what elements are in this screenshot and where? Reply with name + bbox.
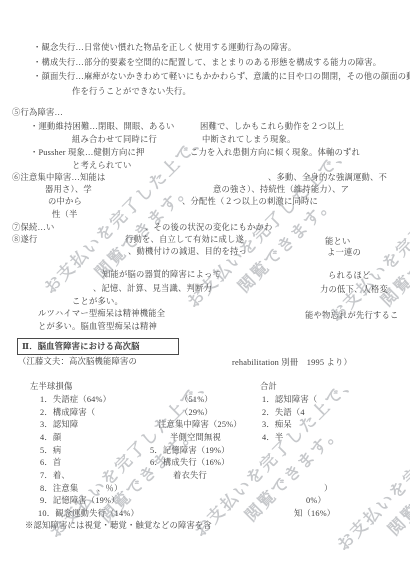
watermark-block: お支払いを完了した上で、 閲覧できます。 [332, 383, 410, 575]
table-row-fragment: 知（16%） [294, 509, 335, 519]
section6-title: ⑥注意集中障害…知能は [12, 173, 105, 183]
doc-line: 性（半 [52, 210, 78, 220]
doc-line: ・運動維持困難…閉眼、開眼、あるい [30, 122, 174, 132]
table-row: 9．記憶障害（19%） [40, 496, 120, 506]
doc-line-fragment: 意の強さ）、持続性（維持能力）、ア [213, 185, 349, 195]
doc-line-fragment: られるほど [328, 271, 371, 281]
table-row: 5．病 [40, 446, 61, 456]
doc-line-fragment: 、記憶、計算、見当識、判断力 [93, 284, 212, 294]
doc-line: 組み合わせて同時に行 [72, 135, 157, 145]
doc-line-fragment: 行動を、自立して有効に成し遂 [125, 235, 244, 245]
table-row: 4．半 [262, 433, 283, 443]
doc-line: とが多い。脳血管型痴呆は精神 [38, 322, 157, 332]
table-row: 3．痴呆 [262, 420, 292, 430]
doc-line: 作を行うことができない失行。 [72, 87, 191, 97]
table-row: 10．観念運動失行（14%） [38, 509, 139, 519]
table-row-fragment: ） [324, 484, 333, 494]
watermark-line1: お支払いを完了した上で、 [332, 383, 410, 557]
table-row: 2．構成障害（ [40, 408, 95, 418]
doc-line-fragment: よ一連の [327, 248, 361, 258]
section7-title: ⑦保続…い [12, 223, 55, 233]
doc-line: の中から [48, 197, 82, 207]
doc-line-fragment: 、多動、全身的な強調運動、不 [268, 173, 387, 183]
scanned-document-page: ・観念失行…日常使い慣れた物品を正しく使用する運動行為の障害。 ・構成失行…部分… [0, 0, 410, 580]
doc-line: ・観念失行…日常使い慣れた物品を正しく使用する運動行為の障害。 [33, 43, 296, 53]
source-citation: （江藤文夫：高次脳機能障害の [18, 357, 137, 367]
section2-heading: Ⅱ．脳血管障害における高次脳 [22, 342, 140, 352]
table-row: 3．認知障 [40, 420, 78, 430]
table-row: 注意集中障害（25%） [158, 420, 242, 430]
column-header-total: 合計 [260, 382, 277, 392]
doc-line-fragment: 能とい [325, 237, 351, 247]
table-row: 6．構成失行（16%） [150, 458, 230, 468]
doc-line: ・Pussher 現象…健側方向に押 [30, 148, 144, 158]
doc-line-fragment: 、分配性（２つ以上の刺激に同時に [182, 197, 318, 207]
source-citation-fragment: rehabilitation 別冊 1995 より） [232, 358, 352, 368]
doc-line: と考えられてい [72, 161, 131, 171]
doc-line-fragment: 力の低下、人格変 [320, 285, 388, 295]
table-row: 1．認知障害（ [262, 395, 317, 405]
doc-line-fragment: 困難で、しかもこれら動作を２つ以上 [200, 122, 344, 132]
watermark-line2: 閲覧できます。 [350, 401, 410, 575]
section5-title: ⑤行為障害… [12, 108, 63, 118]
table-footnote: ※認知障害には視覚・聴覚・触覚などの障害を含 [25, 521, 212, 531]
table-row-fragment: 0%） [306, 496, 326, 506]
doc-line: ・顔面失行…麻痺がないかきわめて軽いにもかかわらず、意識的に目や口の開閉，その他… [33, 72, 410, 82]
section8-title: ⑧遂行 [12, 235, 38, 245]
doc-line-fragment: 能や物忘れが先行するこ [305, 311, 398, 321]
doc-line: ことが多い。 [72, 297, 123, 307]
table-row: 5．記憶障害（19%） [150, 446, 230, 456]
doc-line-fragment: こ力を入れ患側方向に傾く現象。体軸のずれ [190, 148, 360, 158]
doc-line-fragment: 、その後の状況の変化にもかかわ [145, 223, 272, 233]
table-row: 4．顔 [40, 433, 61, 443]
doc-line-fragment: 、動機付けの減退、目的を持っ [128, 247, 247, 257]
table-row: 2．失語（4 [262, 408, 305, 418]
table-row: 1．失語症（64%） [40, 395, 111, 405]
doc-line: ルツハイマー型痴呆は精神機能全 [38, 309, 165, 319]
doc-line: 器用さ）、学 [45, 185, 92, 195]
table-row: 8．注意集 [40, 484, 78, 494]
table-row: 半側空間無視 [170, 433, 221, 443]
table-row: 着衣失行 [173, 471, 207, 481]
doc-line: ・構成失行…部分的要素を空間的に配置して、まとまりのある形態を構成する能力の障害… [33, 58, 381, 68]
table-row-fragment: （51%） [180, 395, 213, 405]
table-row-fragment: 、％） [97, 484, 123, 494]
doc-line-fragment: 知能が脳の器質的障害によって [102, 270, 221, 280]
column-header-left-hemisphere: 左半球損傷 [30, 382, 73, 392]
table-row: 7．着、 [40, 471, 70, 481]
table-row-fragment: （29%） [180, 408, 213, 418]
doc-line-fragment: 中断されてしまう現象。 [202, 135, 295, 145]
table-row: 6．首 [40, 458, 61, 468]
